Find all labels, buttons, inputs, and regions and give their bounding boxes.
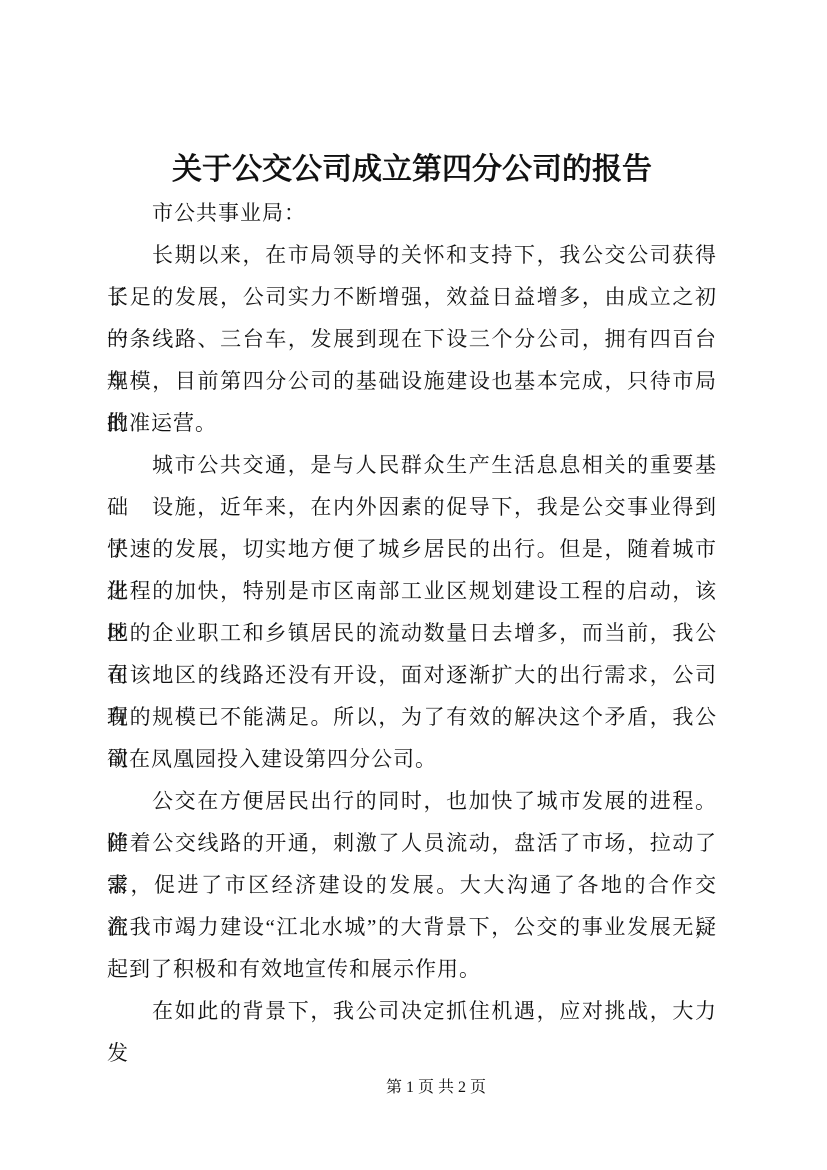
footer-page-indicator: 第 1 页 共 2 页 — [386, 1079, 486, 1096]
document-page: 关于公交公司成立第四分公司的报告 市公共事业局：长期以来，在市局领导的关怀和支持… — [0, 0, 827, 1170]
text-line: 在我市竭力建设“江北水城”的大背景下，公交的事业发展无疑 — [107, 906, 717, 948]
text-line: 随着公交线路的开通，刺激了人员流动，盘活了市场，拉动了需 — [107, 822, 717, 864]
text-line: 区的企业职工和乡镇居民的流动数量日去增多，而当前，我公司 — [107, 612, 717, 654]
text-line: 进程的加快，特别是市区南部工业区规划建设工程的启动，该地 — [107, 570, 717, 612]
text-line: 在该地区的线路还没有开设，面对逐渐扩大的出行需求，公司现 — [107, 654, 717, 696]
text-line: 设施，近年来，在内外因素的促导下，我是公交事业得到了 — [107, 486, 717, 528]
page-footer: 第 1 页 共 2 页 — [0, 1076, 827, 1100]
text-line: 求，促进了市区经济建设的发展。大大沟通了各地的合作交流， — [107, 864, 717, 906]
document-title: 关于公交公司成立第四分公司的报告 — [107, 148, 717, 192]
text-line: 一条线路、三台车，发展到现在下设三个分公司，拥有四百台车 — [107, 318, 717, 360]
document-content: 关于公交公司成立第四分公司的报告 市公共事业局：长期以来，在市局领导的关怀和支持… — [107, 148, 717, 1032]
text-line: 长足的发展，公司实力不断增强，效益日益增多，由成立之初的 — [107, 276, 717, 318]
text-line: 欲在凤凰园投入建设第四分公司。 — [107, 738, 717, 780]
text-line: 长期以来，在市局领导的关怀和支持下，我公交公司获得了 — [107, 234, 717, 276]
text-line: 起到了积极和有效地宣传和展示作用。 — [107, 948, 717, 990]
text-line: 市公共事业局： — [107, 192, 717, 234]
text-line: 快速的发展，切实地方便了城乡居民的出行。但是，随着城市化 — [107, 528, 717, 570]
text-line: 有的规模已不能满足。所以，为了有效的解决这个矛盾，我公司 — [107, 696, 717, 738]
body-text: 市公共事业局：长期以来，在市局领导的关怀和支持下，我公交公司获得了长足的发展，公… — [107, 192, 717, 1032]
text-line: 批准运营。 — [107, 402, 717, 444]
text-line: 在如此的背景下，我公司决定抓住机遇，应对挑战，大力发 — [107, 990, 717, 1032]
text-line: 公交在方便居民出行的同时，也加快了城市发展的进程。伴 — [107, 780, 717, 822]
text-line: 规模，目前第四分公司的基础设施建设也基本完成，只待市局的 — [107, 360, 717, 402]
text-line: 城市公共交通，是与人民群众生产生活息息相关的重要基础 — [107, 444, 717, 486]
